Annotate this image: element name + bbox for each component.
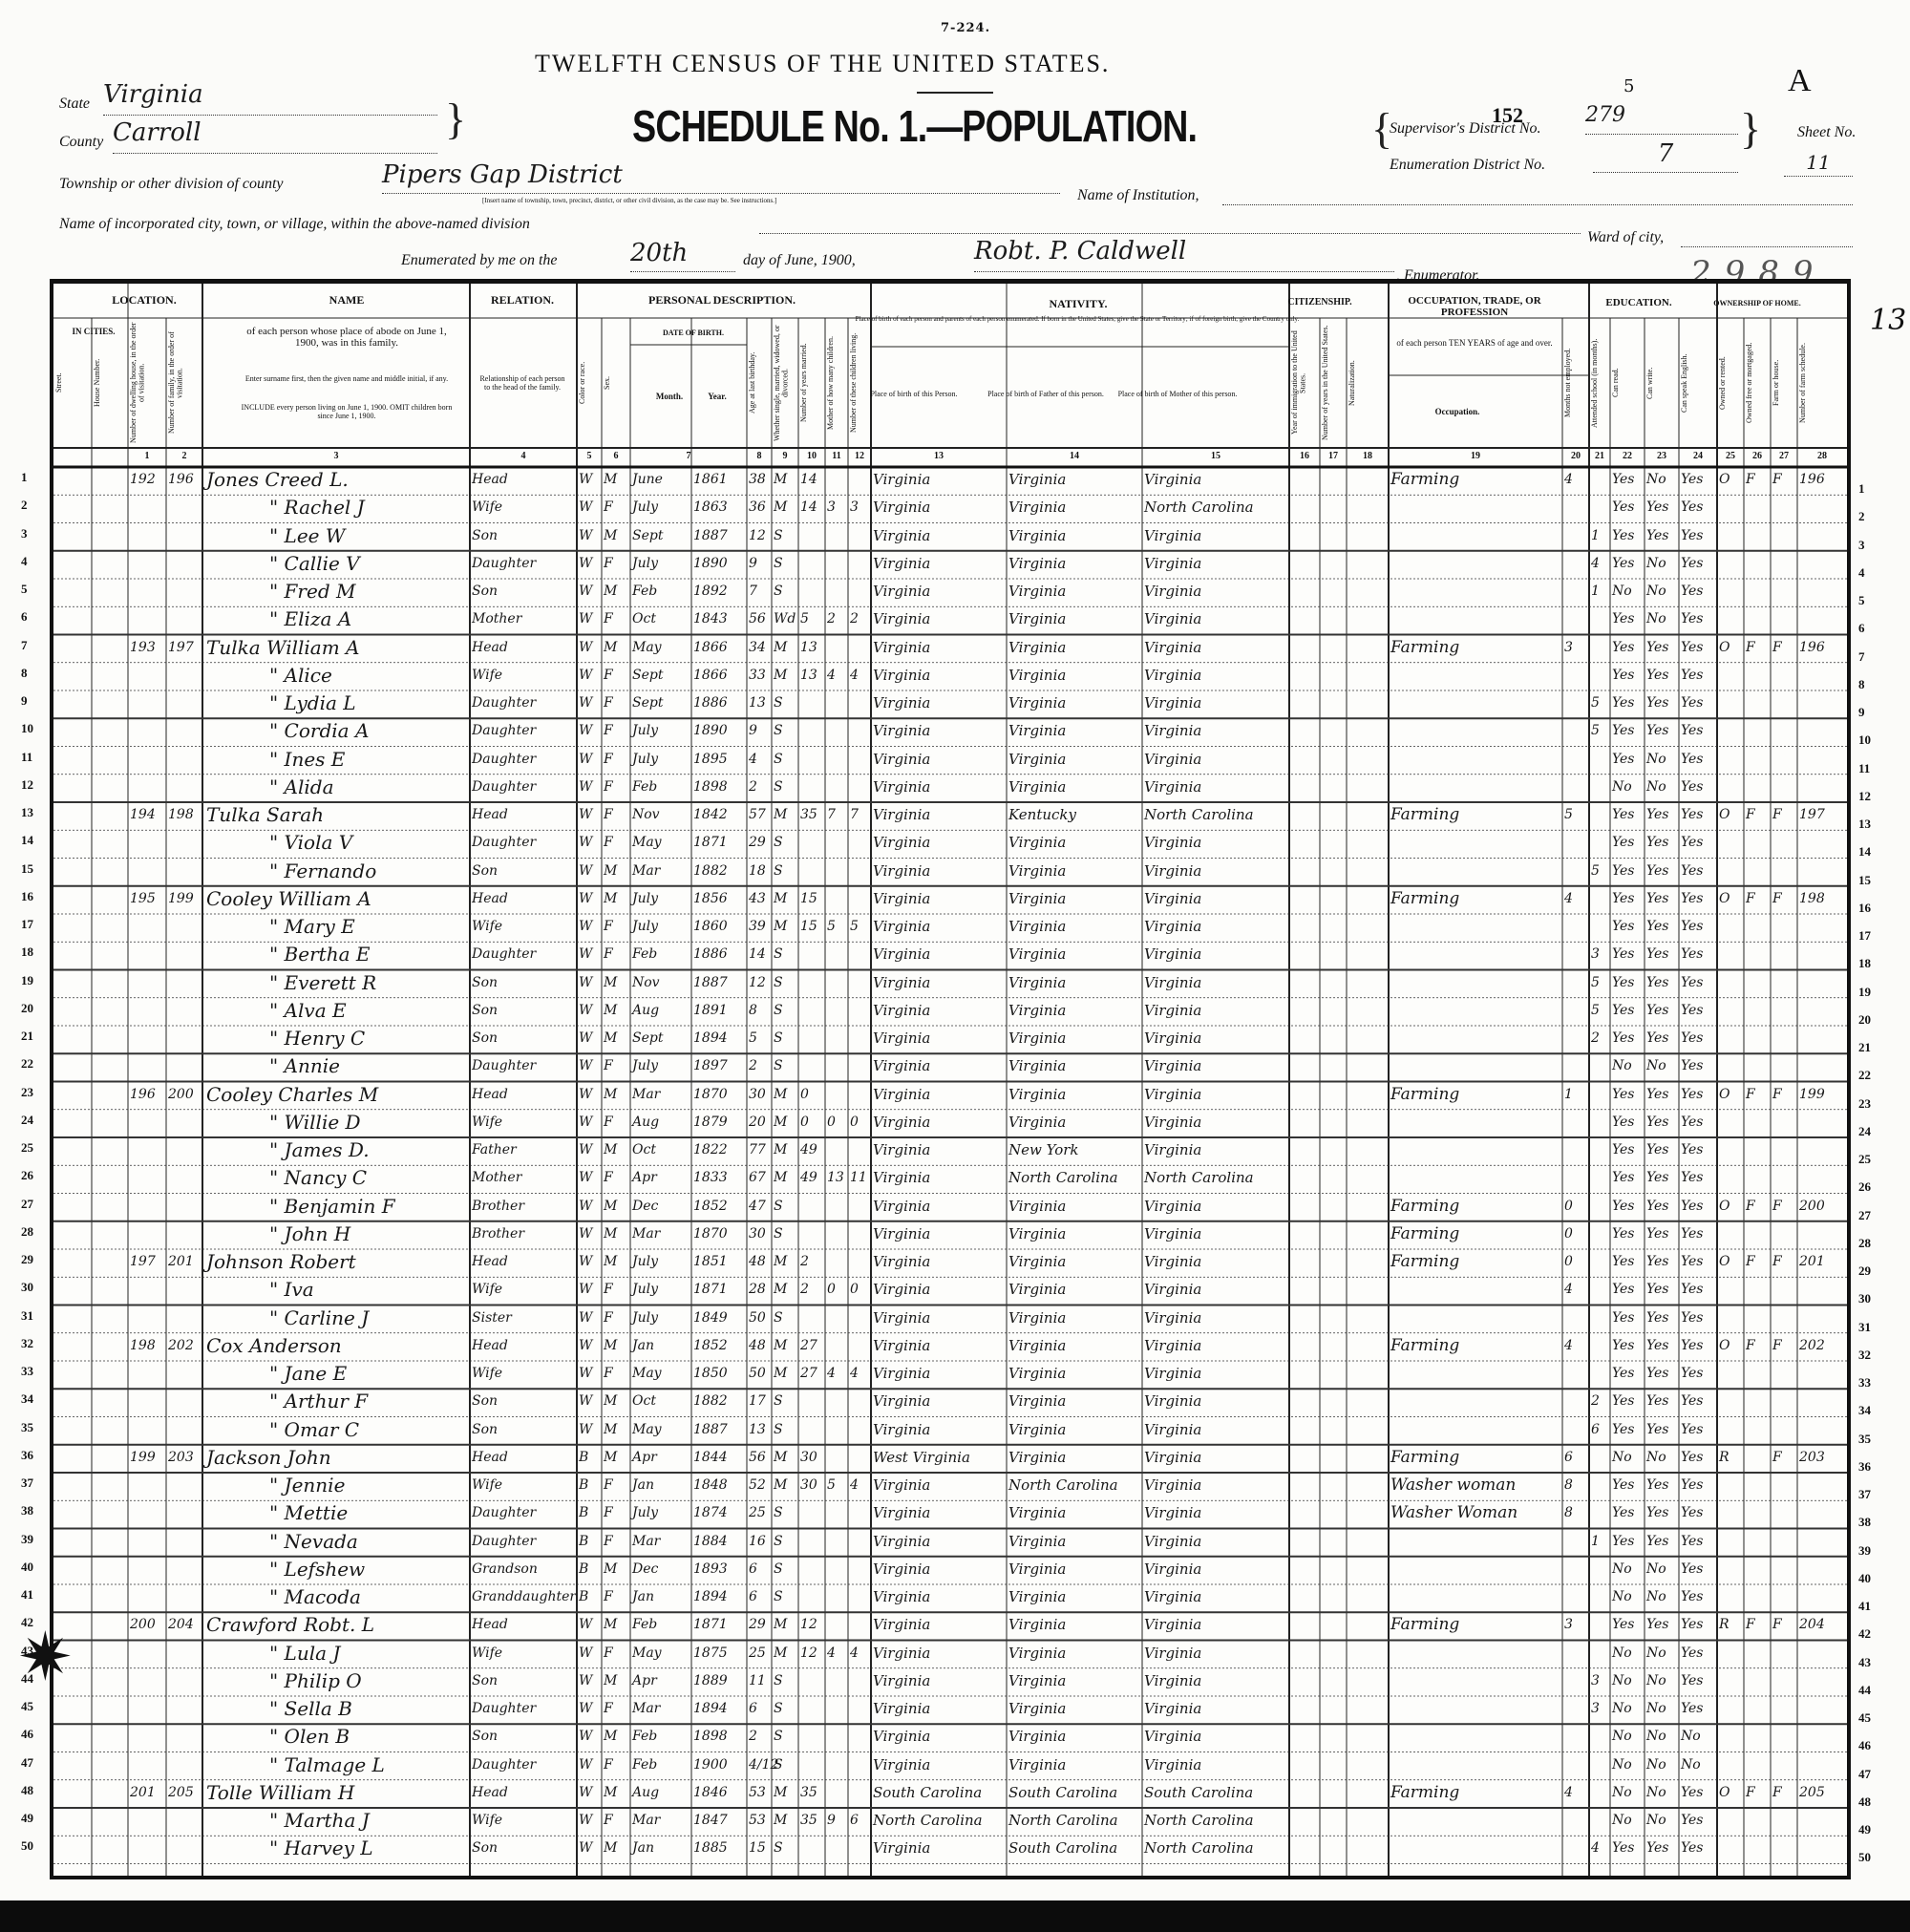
cell-color: W [579, 1024, 592, 1052]
cell-mar: S [774, 1722, 783, 1751]
cell-eng: Yes [1681, 1247, 1704, 1276]
cell-farm: F [1772, 1443, 1782, 1472]
cell-pob: Virginia [873, 1582, 930, 1611]
cell-name: " Iva [269, 1275, 314, 1304]
cell-pob: Virginia [873, 1387, 930, 1415]
header-years-married: Number of years married. [800, 322, 823, 444]
ward-field[interactable] [1681, 233, 1853, 247]
cell-sch: 2 [1591, 1024, 1600, 1052]
cell-year: 1850 [693, 1359, 728, 1388]
cell-mar: S [774, 1834, 783, 1862]
cell-fam: 198 [168, 800, 194, 829]
cell-year: 1898 [693, 773, 728, 801]
cell-name: " James D. [269, 1136, 370, 1164]
cell-eng: No [1681, 1751, 1701, 1779]
cell-own: O [1719, 1192, 1730, 1221]
cell-write: Yes [1646, 940, 1669, 968]
cell-eng: Yes [1681, 1359, 1704, 1388]
title-divider [917, 92, 993, 94]
column-number: 8 [747, 451, 772, 461]
county-label: County [59, 134, 103, 151]
cell-eng: Yes [1681, 1639, 1704, 1667]
column-number: 14 [1007, 451, 1142, 461]
cell-sex: M [604, 633, 617, 662]
line-number-right: 16 [1858, 901, 1871, 916]
cell-month: Mar [632, 1527, 660, 1556]
cell-mar: S [774, 1220, 783, 1248]
cell-pobm: Virginia [1144, 1080, 1201, 1109]
cell-dw: 199 [130, 1443, 156, 1472]
line-number-left: 22 [21, 1056, 33, 1072]
cell-pobf: Virginia [1008, 828, 1066, 857]
cell-mar: S [774, 940, 783, 968]
cell-pobf: New York [1008, 1136, 1079, 1164]
header-occupation-sub: Occupation. [1390, 408, 1524, 417]
cell-read: Yes [1612, 1415, 1635, 1444]
stamp-5: 5 [1623, 76, 1634, 96]
cell-year: 1893 [693, 1555, 728, 1583]
header-immigration: Year of immigration to the United States… [1291, 322, 1318, 444]
population-schedule-table: LOCATION. IN CITIES. NAME of each person… [50, 279, 1851, 1879]
cell-read: Yes [1612, 940, 1635, 968]
cell-read: Yes [1612, 1359, 1635, 1388]
cell-age: 12 [749, 968, 766, 997]
cell-sex: F [604, 1694, 613, 1723]
line-number-right: 42 [1858, 1626, 1871, 1642]
table-row: " Lydia LDaughterWFSept188613SVirginiaVi… [53, 687, 1847, 718]
line-number-right: 25 [1858, 1152, 1871, 1167]
table-row: " Lee WSonWMSept188712SVirginiaVirginiaV… [53, 520, 1847, 551]
line-number-left: 37 [21, 1476, 33, 1491]
line-number-left: 20 [21, 1001, 33, 1016]
cell-pob: Virginia [873, 940, 930, 968]
cell-read: Yes [1612, 605, 1635, 633]
cell-color: W [579, 996, 592, 1025]
township-field[interactable]: Pipers Gap District [382, 160, 1060, 194]
cell-pobf: Virginia [1008, 1275, 1066, 1304]
header-occupation-desc: of each person TEN YEARS of age and over… [1381, 339, 1568, 349]
line-number-right: 30 [1858, 1291, 1871, 1306]
cell-write: Yes [1646, 1471, 1669, 1499]
line-number-right: 50 [1858, 1850, 1871, 1865]
cell-mar: M [774, 1331, 787, 1360]
cell-year: 1822 [693, 1136, 728, 1164]
cell-color: B [579, 1527, 588, 1556]
cell-write: No [1646, 1443, 1666, 1472]
cell-month: May [632, 1639, 662, 1667]
cell-pobm: Virginia [1144, 1555, 1201, 1583]
cell-sex: F [604, 549, 613, 578]
cell-year: 1860 [693, 912, 728, 941]
cell-own: O [1719, 465, 1730, 494]
table-row: " James D.FatherWMOct182277M49VirginiaNe… [53, 1134, 1847, 1165]
cell-age: 15 [749, 1834, 766, 1862]
cell-year: 1866 [693, 633, 728, 662]
cell-read: Yes [1612, 1471, 1635, 1499]
cell-farm: F [1772, 1247, 1782, 1276]
cell-own: O [1719, 1778, 1730, 1807]
cell-age: 43 [749, 884, 766, 913]
cell-mar: S [774, 716, 783, 745]
table-row: " Rachel JWifeWFJuly186336M1433VirginiaV… [53, 491, 1847, 522]
cell-sex: F [604, 661, 613, 690]
table-row: " NevadaDaughterBFMar188416SVirginiaVirg… [53, 1525, 1847, 1557]
cell-rel: Wife [472, 493, 502, 521]
cell-sch: 2 [1591, 1387, 1600, 1415]
cell-mar: M [774, 912, 787, 941]
table-row: " Jane EWifeWFMay185050M2744VirginiaVirg… [53, 1357, 1847, 1389]
cell-rel: Daughter [472, 1498, 536, 1527]
sheet-field[interactable]: 11 [1784, 151, 1853, 177]
cell-pobf: Virginia [1008, 1387, 1066, 1415]
cell-pobf: North Carolina [1008, 1163, 1118, 1192]
cell-color: W [579, 773, 592, 801]
cell-unemp: 8 [1564, 1471, 1573, 1499]
cell-year: 1894 [693, 1694, 728, 1723]
cell-name: " Lula J [269, 1639, 340, 1667]
cell-rel: Son [472, 521, 498, 550]
cell-pobm: Virginia [1144, 912, 1201, 941]
cell-write: No [1646, 1051, 1666, 1080]
cell-year: 1882 [693, 1387, 728, 1415]
cell-sex: M [604, 996, 617, 1025]
cell-eng: Yes [1681, 800, 1704, 829]
cell-rel: Son [472, 1667, 498, 1695]
cell-eng: No [1681, 1722, 1701, 1751]
cell-age: 17 [749, 1387, 766, 1415]
cell-read: No [1612, 1443, 1632, 1472]
cell-month: July [632, 884, 658, 913]
line-number-right: 6 [1858, 621, 1865, 636]
line-number-left: 35 [21, 1420, 33, 1435]
cell-age: 47 [749, 1192, 766, 1221]
cell-mar: S [774, 1498, 783, 1527]
cell-pob: Virginia [873, 521, 930, 550]
cell-mar: M [774, 1247, 787, 1276]
cell-pobf: Virginia [1008, 884, 1066, 913]
enumerator-name-field[interactable]: Robt. P. Caldwell [974, 237, 1394, 272]
line-number-right: 28 [1858, 1236, 1871, 1251]
header-owned-rented: Owned or rented. [1719, 322, 1742, 444]
cell-pob: Virginia [873, 661, 930, 690]
cell-write: Yes [1646, 1108, 1669, 1136]
cell-name: " Talmage L [269, 1751, 385, 1779]
cell-rel: Head [472, 800, 508, 829]
cell-dw: 200 [130, 1610, 156, 1639]
cell-read: Yes [1612, 968, 1635, 997]
cell-rel: Head [472, 1247, 508, 1276]
cell-mar: S [774, 1304, 783, 1332]
column-number: 15 [1142, 451, 1289, 461]
cell-eng: Yes [1681, 521, 1704, 550]
cell-pob: Virginia [873, 577, 930, 605]
cell-occ: Farming [1390, 1192, 1459, 1221]
cell-name: " Annie [269, 1051, 340, 1080]
header-personal-description: PERSONAL DESCRIPTION. [577, 293, 867, 308]
cell-read: No [1612, 1582, 1632, 1611]
cell-write: Yes [1646, 1275, 1669, 1304]
cell-ym: 49 [800, 1163, 817, 1192]
cell-rel: Daughter [472, 716, 536, 745]
cell-pobm: Virginia [1144, 773, 1201, 801]
column-number: 11 [825, 451, 848, 461]
cell-eng: Yes [1681, 828, 1704, 857]
cell-read: Yes [1612, 1498, 1635, 1527]
header-farm-house: Farm or house. [1772, 322, 1795, 444]
cell-liv: 6 [850, 1806, 859, 1835]
line-number-left: 39 [21, 1532, 33, 1547]
cell-color: W [579, 493, 592, 521]
cell-pobf: Virginia [1008, 1527, 1066, 1556]
cell-write: Yes [1646, 689, 1669, 717]
table-row: " Eliza AMotherWFOct184356Wd522VirginiaV… [53, 603, 1847, 634]
column-number: 26 [1744, 451, 1771, 461]
cell-name: " Everett R [269, 968, 376, 997]
schedule-title: SCHEDULE No. 1.—POPULATION. [632, 100, 1197, 152]
cell-pobf: Virginia [1008, 716, 1066, 745]
cell-unemp: 4 [1564, 1331, 1573, 1360]
cell-fam: 204 [168, 1610, 194, 1639]
cell-write: Yes [1646, 1331, 1669, 1360]
cell-name: " Fernando [269, 857, 376, 885]
brace: } [445, 94, 466, 144]
cell-month: Aug [632, 996, 659, 1025]
cell-age: 48 [749, 1331, 766, 1360]
cell-month: Nov [632, 968, 660, 997]
cell-read: Yes [1612, 1527, 1635, 1556]
cell-name: " Philip O [269, 1667, 362, 1695]
cell-free: F [1746, 884, 1755, 913]
line-number-right: 3 [1858, 538, 1865, 553]
cell-moc: 4 [827, 1359, 836, 1388]
cell-mar: S [774, 1694, 783, 1723]
line-number-left: 6 [21, 609, 28, 625]
cell-eng: Yes [1681, 745, 1704, 774]
cell-mar: M [774, 465, 787, 494]
cell-sex: M [604, 521, 617, 550]
cell-pobf: Virginia [1008, 633, 1066, 662]
line-number-right: 36 [1858, 1459, 1871, 1475]
cell-pobf: Virginia [1008, 1582, 1066, 1611]
cell-pobf: Virginia [1008, 661, 1066, 690]
cell-color: W [579, 716, 592, 745]
table-row: " Callie VDaughterWFJuly18909SVirginiaVi… [53, 547, 1847, 579]
cell-pobm: Virginia [1144, 1387, 1201, 1415]
cell-pobf: Virginia [1008, 1108, 1066, 1136]
cell-unemp: 0 [1564, 1192, 1573, 1221]
line-number-left: 45 [21, 1699, 33, 1714]
enumerated-day-field[interactable]: 20th [630, 239, 735, 272]
cell-pobf: Virginia [1008, 1359, 1066, 1388]
line-number-right: 41 [1858, 1599, 1871, 1614]
cell-sch: 1 [1591, 521, 1600, 550]
cell-fam: 199 [168, 884, 194, 913]
cell-liv: 2 [850, 605, 859, 633]
cell-color: W [579, 857, 592, 885]
cell-mar: M [774, 1136, 787, 1164]
cell-farm: F [1772, 1610, 1782, 1639]
line-number-right: 29 [1858, 1263, 1871, 1279]
cell-rel: Sister [472, 1304, 512, 1332]
cell-pob: Virginia [873, 633, 930, 662]
header-house: House Number. [94, 322, 126, 444]
cell-write: Yes [1646, 1192, 1669, 1221]
cell-pobf: Kentucky [1008, 800, 1076, 829]
cell-free: F [1746, 1247, 1755, 1276]
cell-eng: Yes [1681, 1806, 1704, 1835]
cell-color: W [579, 1247, 592, 1276]
cell-month: Sept [632, 689, 663, 717]
cell-free: F [1746, 800, 1755, 829]
cell-age: 5 [749, 1024, 757, 1052]
cell-pobm: Virginia [1144, 661, 1201, 690]
cell-own: R [1719, 1610, 1730, 1639]
line-number-left: 30 [21, 1280, 33, 1295]
cell-rel: Wife [472, 912, 502, 941]
cell-mar: M [774, 1275, 787, 1304]
enumeration-field[interactable]: 7 [1593, 139, 1738, 173]
cell-month: Aug [632, 1108, 659, 1136]
cell-rel: Daughter [472, 940, 536, 968]
column-number: 21 [1589, 451, 1610, 461]
cell-age: 16 [749, 1527, 766, 1556]
cell-sex: M [604, 1443, 617, 1472]
line-number-right: 5 [1858, 593, 1865, 608]
cell-pob: Virginia [873, 1555, 930, 1583]
column-number: 20 [1562, 451, 1589, 461]
cell-write: Yes [1646, 661, 1669, 690]
cell-year: 1890 [693, 716, 728, 745]
cell-dw: 201 [130, 1778, 156, 1807]
cell-color: W [579, 689, 592, 717]
table-row: " Willie DWifeWFAug187920M000VirginiaVir… [53, 1106, 1847, 1137]
cell-pobf: Virginia [1008, 605, 1066, 633]
cell-month: Oct [632, 1387, 656, 1415]
cell-ym: 15 [800, 884, 817, 913]
cell-color: W [579, 1387, 592, 1415]
cell-name: " Nancy C [269, 1163, 367, 1192]
cell-fs: 201 [1799, 1247, 1825, 1276]
cell-pob: Virginia [873, 1415, 930, 1444]
cell-year: 1887 [693, 1415, 728, 1444]
cell-mar: M [774, 1443, 787, 1472]
line-number-right: 49 [1858, 1822, 1871, 1837]
header-dwelling: Number of dwelling house, in the order o… [130, 322, 164, 444]
cell-pob: Virginia [873, 1639, 930, 1667]
cell-month: Feb [632, 773, 657, 801]
census-title: TWELFTH CENSUS OF THE UNITED STATES. [535, 50, 1110, 78]
cell-eng: Yes [1681, 493, 1704, 521]
cell-month: July [632, 1498, 658, 1527]
table-row: " Fred MSonWMFeb18927SVirginiaVirginiaVi… [53, 575, 1847, 606]
line-number-left: 10 [21, 721, 33, 736]
cell-pobm: South Carolina [1144, 1778, 1253, 1807]
header-marital: Whether single, married, widowed, or div… [774, 322, 796, 444]
institution-field[interactable] [1222, 191, 1853, 205]
column-number: 24 [1679, 451, 1717, 461]
cell-name: " Alva E [269, 996, 347, 1025]
cell-unemp: 4 [1564, 1778, 1573, 1807]
state-field[interactable]: Virginia [103, 80, 437, 116]
cell-read: Yes [1612, 1108, 1635, 1136]
line-number-right: 2 [1858, 509, 1865, 524]
cell-mar: M [774, 1806, 787, 1835]
cell-ym: 30 [800, 1471, 817, 1499]
cell-age: 25 [749, 1639, 766, 1667]
cell-month: Oct [632, 605, 656, 633]
supervisor-field[interactable]: 279 [1585, 103, 1738, 135]
cell-pob: Virginia [873, 1751, 930, 1779]
cell-name: Crawford Robt. L [206, 1610, 374, 1639]
cell-pob: Virginia [873, 1471, 930, 1499]
cell-month: July [632, 1051, 658, 1080]
cell-farm: F [1772, 633, 1782, 662]
cell-own: O [1719, 633, 1730, 662]
cell-eng: Yes [1681, 1220, 1704, 1248]
cell-sex: F [604, 1751, 613, 1779]
cell-fs: 203 [1799, 1443, 1825, 1472]
cell-color: W [579, 828, 592, 857]
cell-eng: Yes [1681, 1778, 1704, 1807]
cell-color: W [579, 1359, 592, 1388]
cell-liv: 11 [850, 1163, 867, 1192]
column-number: 6 [602, 451, 630, 461]
cell-rel: Son [472, 1834, 498, 1862]
cell-year: 1852 [693, 1331, 728, 1360]
cell-month: Sept [632, 1024, 663, 1052]
line-number-right: 23 [1858, 1096, 1871, 1112]
cell-pobm: Virginia [1144, 857, 1201, 885]
cell-year: 1861 [693, 465, 728, 494]
cell-moc: 0 [827, 1108, 836, 1136]
line-number-left: 9 [21, 693, 28, 709]
line-number-right: 37 [1858, 1487, 1871, 1502]
cell-age: 9 [749, 549, 757, 578]
cell-sch: 1 [1591, 577, 1600, 605]
cell-ym: 12 [800, 1610, 817, 1639]
county-field[interactable]: Carroll [113, 118, 437, 154]
cell-name: " Cordia A [269, 716, 369, 745]
line-number-left: 38 [21, 1503, 33, 1518]
cell-month: Mar [632, 1694, 660, 1723]
cell-year: 1898 [693, 1722, 728, 1751]
cell-rel: Son [472, 1024, 498, 1052]
cell-mar: S [774, 549, 783, 578]
enumeration-label: Enumeration District No. [1390, 157, 1545, 174]
cell-read: Yes [1612, 800, 1635, 829]
cell-name: Jones Creed L. [206, 465, 349, 494]
cell-write: Yes [1646, 800, 1669, 829]
column-number: 23 [1645, 451, 1679, 461]
cell-dw: 193 [130, 633, 156, 662]
cell-rel: Mother [472, 1163, 521, 1192]
cell-ym: 35 [800, 800, 817, 829]
line-number-right: 19 [1858, 985, 1871, 1000]
city-field[interactable] [759, 220, 1581, 234]
scan-edge [0, 1900, 1910, 1932]
cell-write: Yes [1646, 996, 1669, 1025]
cell-sex: F [604, 1359, 613, 1388]
cell-pobf: Virginia [1008, 493, 1066, 521]
line-number-right: 31 [1858, 1320, 1871, 1335]
cell-age: 14 [749, 940, 766, 968]
cell-month: Sept [632, 521, 663, 550]
enumerated-prefix: Enumerated by me on the [401, 252, 558, 269]
cell-sex: M [604, 1834, 617, 1862]
cell-pob: Virginia [873, 1610, 930, 1639]
cell-month: Dec [632, 1555, 658, 1583]
cell-name: " Benjamin F [269, 1192, 395, 1221]
